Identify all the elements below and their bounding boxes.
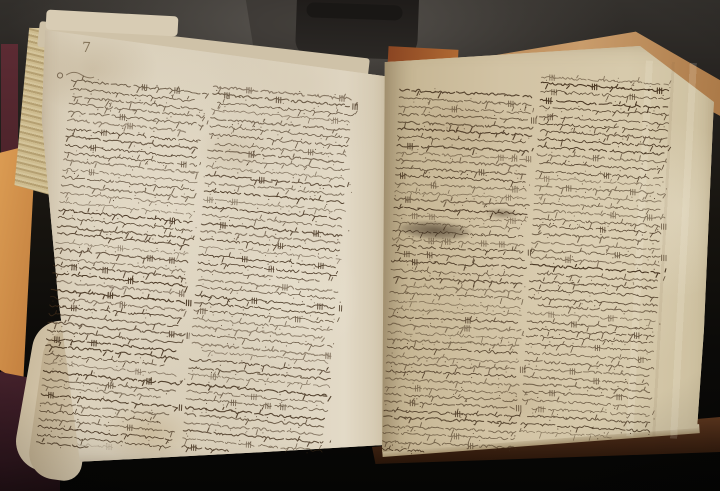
manuscript-photo: 7 [0, 0, 720, 491]
folio-number: 7 [82, 40, 91, 56]
ink-stain-small [478, 205, 527, 222]
wedge-notch [306, 2, 402, 20]
handwritten-text-svg [517, 70, 677, 458]
handwritten-text-svg [379, 84, 540, 473]
